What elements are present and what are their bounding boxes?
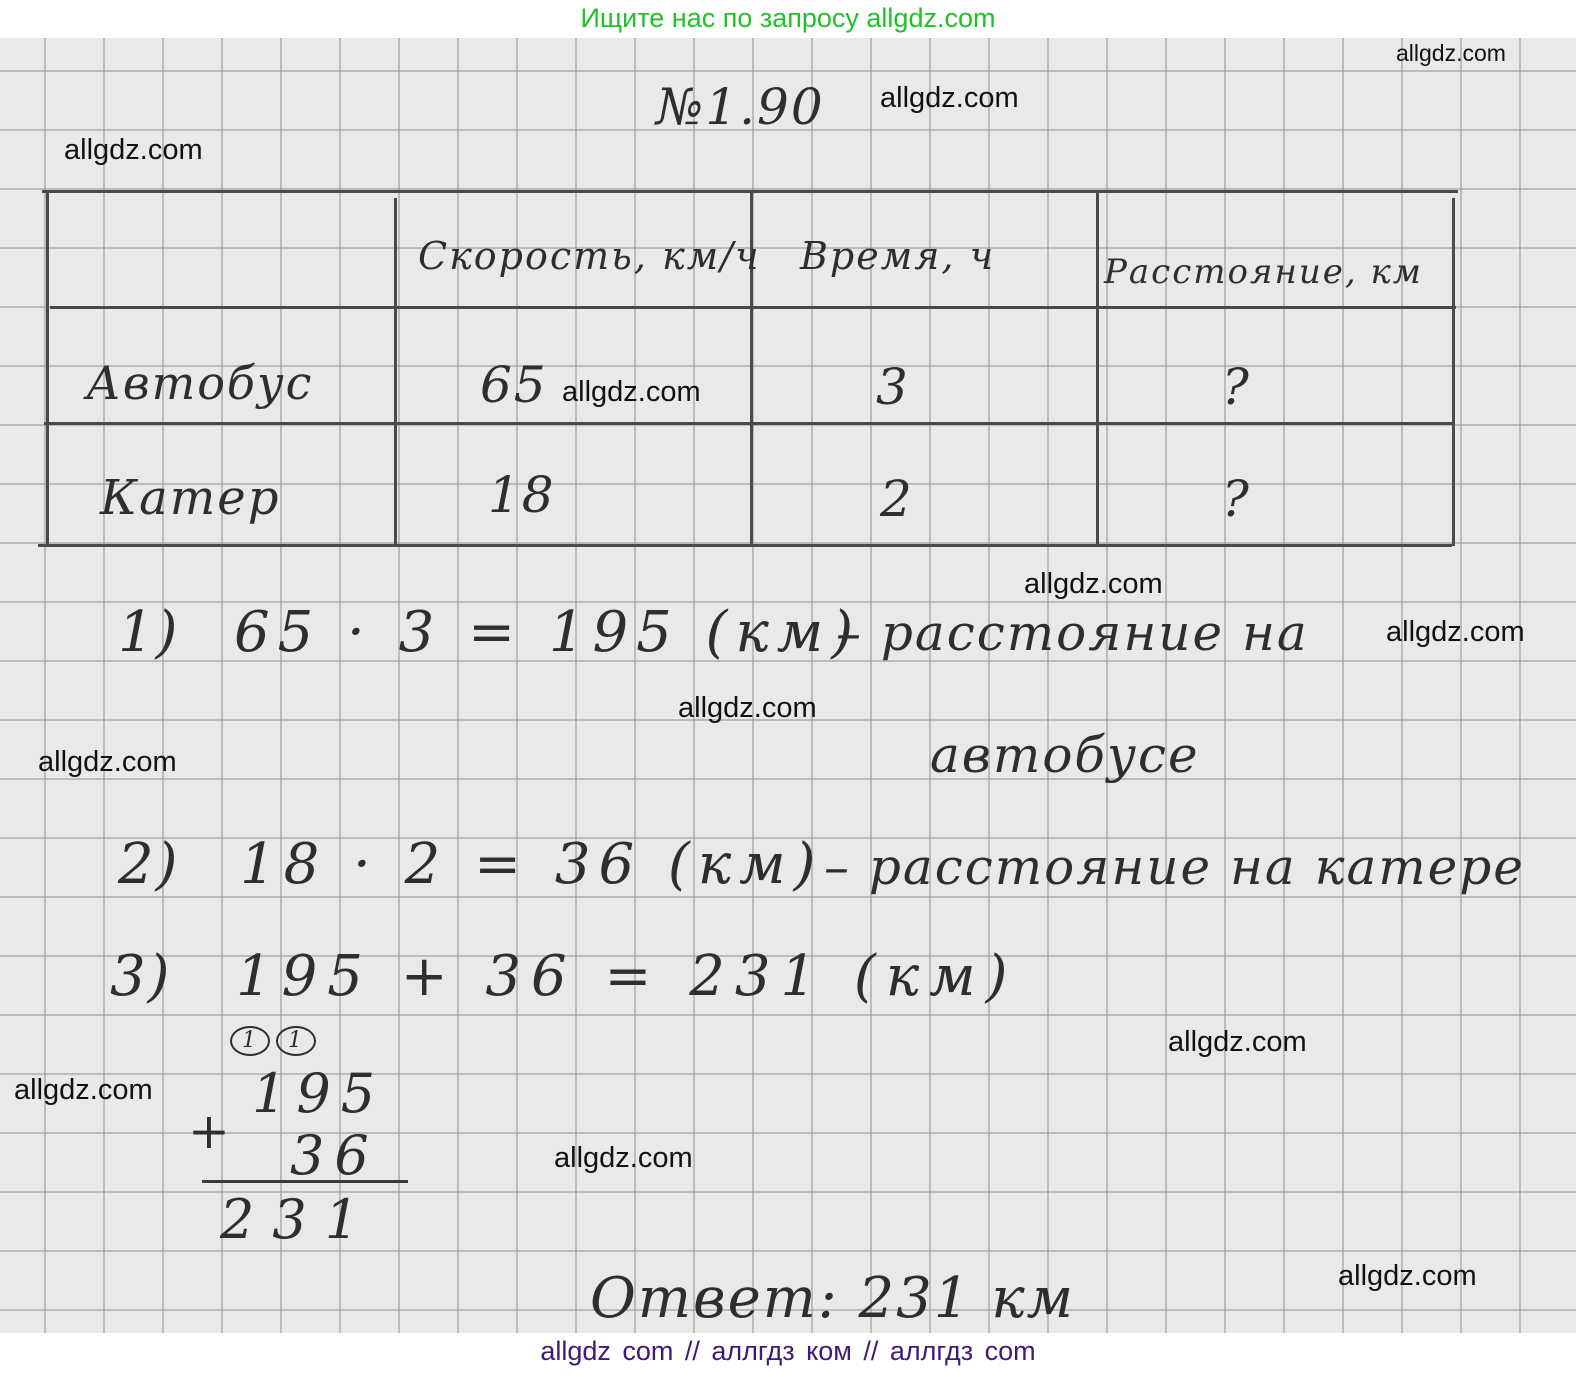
problem-number: №1.90 — [656, 78, 825, 136]
column-addition-line — [202, 1180, 408, 1183]
watermark: allgdz.com — [1024, 568, 1163, 601]
carry-1: 1 — [230, 1026, 270, 1056]
table-cell-boat-time: 2 — [880, 470, 914, 528]
notebook-page: №1.90 Скорость, км/ч Время, ч Расстояние… — [0, 38, 1576, 1333]
step-1-number: 1) — [118, 600, 179, 665]
step-3-expression: 195 + 36 = 231 (км) — [236, 944, 1017, 1009]
table-header-distance: Расстояние, км — [1104, 252, 1423, 292]
table-row-label-boat: Катер — [100, 470, 280, 526]
watermark: allgdz.com — [1386, 616, 1525, 649]
table-header-time: Время, ч — [800, 234, 995, 278]
table-border-row1 — [44, 422, 1452, 425]
column-addition-addend-1: 195 — [252, 1062, 385, 1125]
bottom-banner: allgdz com // аллгдз ком // аллгдз com — [0, 1333, 1576, 1377]
watermark: allgdz.com — [1168, 1026, 1307, 1059]
step-1-note: – расстояние на — [836, 604, 1309, 662]
carry-2: 1 — [276, 1026, 316, 1056]
top-banner: Ищите нас по запросу allgdz.com — [0, 0, 1576, 38]
answer: Ответ: 231 км — [590, 1266, 1075, 1331]
step-1-expression: 65 · 3 = 195 (км) — [234, 600, 861, 665]
step-2-number: 2) — [118, 832, 179, 897]
watermark: allgdz.com — [1396, 40, 1506, 67]
watermark: allgdz.com — [38, 746, 177, 779]
watermark: allgdz.com — [562, 376, 701, 409]
table-row-label-bus: Автобус — [86, 356, 313, 410]
watermark: allgdz.com — [1338, 1260, 1477, 1293]
column-addition-addend-2: 36 — [290, 1124, 379, 1187]
table-col-divider-1 — [394, 198, 397, 546]
watermark: allgdz.com — [880, 82, 1019, 115]
step-1-note-continued: автобусе — [930, 726, 1200, 784]
step-3-number: 3) — [110, 944, 171, 1009]
column-addition-operator: + — [188, 1102, 232, 1160]
table-header-speed: Скорость, км/ч — [418, 234, 761, 278]
table-border-header — [50, 306, 1456, 309]
table-border-left — [46, 192, 49, 546]
watermark: allgdz.com — [554, 1142, 693, 1175]
watermark: allgdz.com — [14, 1074, 153, 1107]
table-cell-boat-distance: ? — [1222, 470, 1251, 528]
table-cell-boat-speed: 18 — [488, 466, 556, 524]
table-cell-bus-time: 3 — [876, 358, 910, 416]
step-2-expression: 18 · 2 = 36 (км) — [240, 832, 823, 897]
column-addition-carries: 11 — [230, 1026, 322, 1056]
table-border-bottom — [38, 544, 1452, 547]
step-2-note: – расстояние на катере — [824, 838, 1525, 896]
table-cell-bus-distance: ? — [1222, 358, 1251, 416]
table-border-right — [1452, 198, 1455, 546]
table-col-divider-3 — [1096, 192, 1099, 546]
watermark: allgdz.com — [64, 134, 203, 167]
table-cell-bus-speed: 65 — [480, 356, 548, 414]
column-addition-result: 231 — [220, 1188, 377, 1251]
watermark: allgdz.com — [678, 692, 817, 725]
